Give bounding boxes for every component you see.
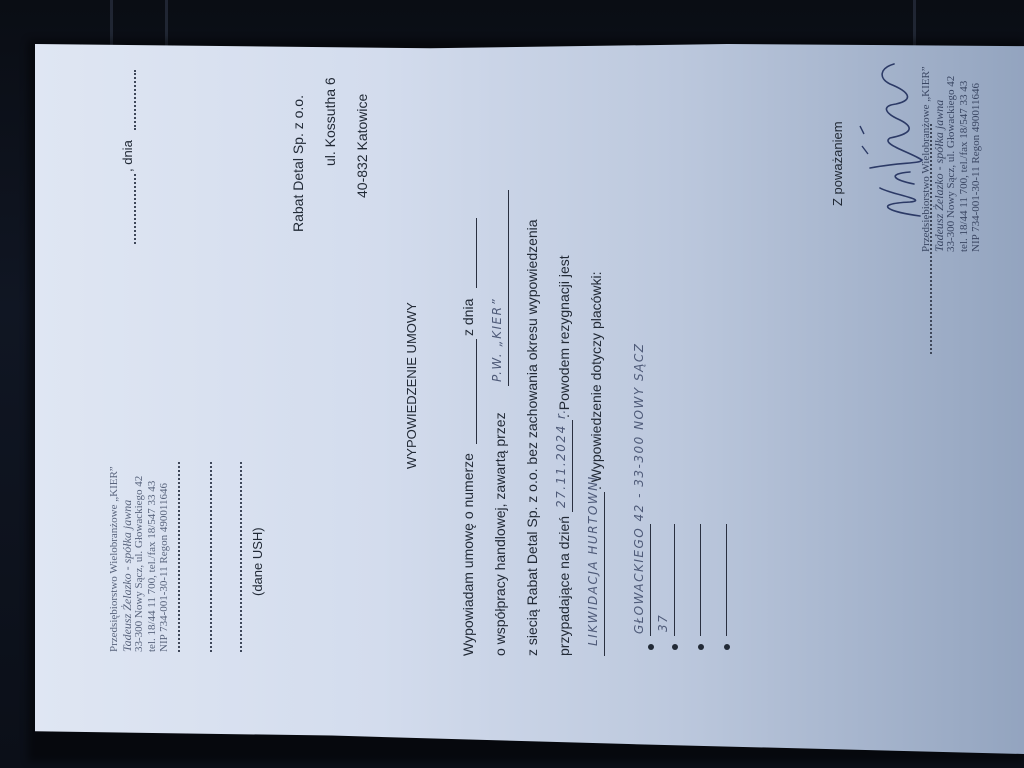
body-line-2-prefix: o współpracy handlowej, zawartą przez xyxy=(492,412,508,656)
list-bullet xyxy=(672,644,678,650)
sender-dotted-line xyxy=(240,462,242,652)
body-line-1-mid: z dnia xyxy=(460,299,476,336)
stamp-line: Tadeusz Żelazko - spółka jawna xyxy=(120,466,133,652)
place-date-label: , dnia xyxy=(120,140,135,172)
location-4-field[interactable] xyxy=(726,524,727,636)
body-line-1-prefix: Wypowiadam umowę o numerze xyxy=(460,453,476,656)
stamp-line: tel. 18/44 11 700, tel./fax 18/547 33 43 xyxy=(145,466,158,652)
date-dotted-line xyxy=(134,70,136,130)
list-bullet xyxy=(698,644,704,650)
location-1-field[interactable] xyxy=(650,524,651,636)
contract-date-field[interactable] xyxy=(476,218,477,288)
sender-stamp: Przedsiębiorstwo Wielobranżowe „KIER” Ta… xyxy=(108,466,171,652)
body-line-4-suffix: . Powodem rezygnacji jest xyxy=(556,255,572,418)
termination-date-handwritten: 27.11.2024 r. xyxy=(554,408,568,508)
stamp-line: 33-300 Nowy Sącz, ul. Głowackiego 42 xyxy=(945,66,958,252)
stamp-line: tel. 18/44 11 700, tel./fax 18/547 33 43 xyxy=(957,66,970,252)
party-handwritten: P.W. „KIER” xyxy=(490,298,504,382)
sender-dotted-line xyxy=(210,462,212,652)
stamp-line: 33-300 Nowy Sącz, ul. Głowackiego 42 xyxy=(133,466,146,652)
reason-field[interactable] xyxy=(604,492,605,656)
stamp-line: NIP 734-001-30-11 Regon 490011646 xyxy=(970,66,983,252)
document-title: WYPOWIEDZENIE UMOWY xyxy=(404,302,419,469)
recipient-city: 40-832 Katowice xyxy=(354,94,370,198)
party-field[interactable] xyxy=(508,190,509,386)
list-bullet xyxy=(724,644,730,650)
sender-caption: (dane USH) xyxy=(250,527,265,596)
termination-date-field[interactable] xyxy=(572,420,573,512)
paper-sheet: Przedsiębiorstwo Wielobranżowe „KIER” Ta… xyxy=(35,44,1024,754)
closing-text: Z poważaniem xyxy=(830,121,845,206)
body-line-5-suffix: . Wypowiedzenie dotyczy placówki: xyxy=(588,271,604,490)
list-bullet xyxy=(648,644,654,650)
location-2-handwritten: 37 xyxy=(656,614,670,632)
letter-page: Przedsiębiorstwo Wielobranżowe „KIER” Ta… xyxy=(50,54,1010,744)
location-1-handwritten: GŁOWACKIEGO 42 - 33-300 NOWY SĄCZ xyxy=(632,343,646,634)
stamp-line: NIP 734-001-30-11 Regon 490011646 xyxy=(158,466,171,652)
sender-dotted-line xyxy=(178,462,180,652)
location-3-field[interactable] xyxy=(700,524,701,636)
reason-handwritten: LIKWIDACJA HURTOWNI xyxy=(586,475,600,646)
contract-number-field[interactable] xyxy=(476,339,477,444)
location-2-field[interactable] xyxy=(674,524,675,636)
stamp-line: Przedsiębiorstwo Wielobranżowe „KIER” xyxy=(108,466,121,652)
body-line-4-prefix: przypadające na dzień xyxy=(556,516,572,656)
recipient-street: ul. Kossutha 6 xyxy=(322,77,338,166)
place-dotted-line xyxy=(134,174,136,244)
recipient-name: Rabat Detal Sp. z o.o. xyxy=(290,95,306,232)
body-line-3: z siecią Rabat Detal Sp. z o.o. bez zach… xyxy=(524,219,540,656)
handwritten-signature xyxy=(850,54,940,224)
